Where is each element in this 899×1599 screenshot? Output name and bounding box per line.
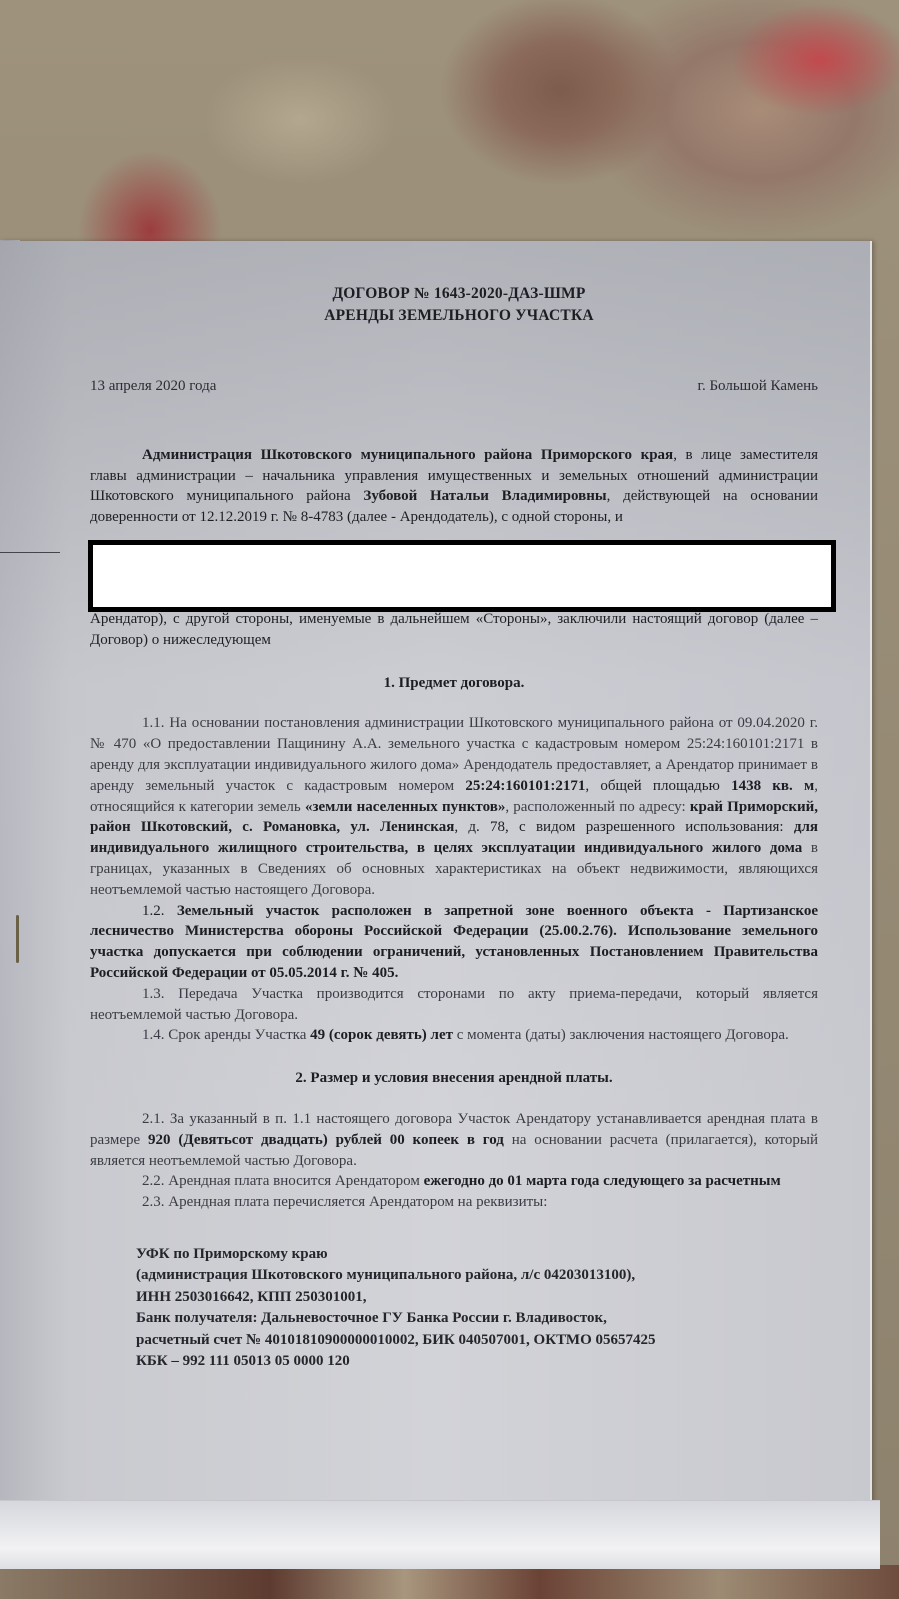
requisite-line: ИНН 2503016642, КПП 250301001, <box>136 1287 818 1309</box>
contract-date: 13 апреля 2020 года <box>90 376 216 397</box>
clause-2-1: 2.1. За указанный в п. 1.1 настоящего до… <box>90 1109 818 1171</box>
clause-2-3: 2.3. Арендная плата перечисляется Аренда… <box>90 1192 818 1213</box>
payment-requisites: УФК по Приморскому краю (администрация Ш… <box>90 1244 818 1373</box>
section-2-heading: 2. Размер и условия внесения арендной пл… <box>90 1068 818 1089</box>
redaction-box <box>88 540 836 612</box>
requisite-line: УФК по Приморскому краю <box>136 1244 818 1266</box>
rent-amount: 920 (Девятьсот двадцать) рублей 00 копее… <box>148 1132 504 1148</box>
underlying-page-rule <box>0 552 60 553</box>
clause-1-1-text-4: , расположенный по адресу: <box>505 799 690 815</box>
military-zone-note: Земельный участок расположен в запретной… <box>90 903 818 981</box>
date-place-line: 13 апреля 2020 года г. Большой Камень <box>90 376 818 397</box>
clause-1-4: 1.4. Срок аренды Участка 49 (сорок девят… <box>90 1025 818 1046</box>
clause-1-4-text-2: с момента (даты) заключения настоящего Д… <box>453 1027 789 1043</box>
title-line-2: АРЕНДЫ ЗЕМЕЛЬНОГО УЧАСТКА <box>100 305 818 327</box>
requisite-line: Банк получателя: Дальневосточное ГУ Банк… <box>136 1308 818 1330</box>
clause-1-1-text-2: , общей площадью <box>585 778 731 794</box>
preamble-conclusion: Арендатор), с другой стороны, именуемые … <box>90 609 818 651</box>
document-title: ДОГОВОР № 1643-2020-ДАЗ-ШМР АРЕНДЫ ЗЕМЕЛ… <box>100 283 818 327</box>
underlying-page-snippet <box>0 430 60 570</box>
requisite-line: КБК – 992 111 05013 05 0000 120 <box>136 1351 818 1373</box>
clause-2-2-text: 2.2. Арендная плата вносится Арендатором <box>142 1173 424 1189</box>
plot-area: 1438 кв. м <box>731 778 814 794</box>
contract-place: г. Большой Камень <box>697 376 818 397</box>
clause-2-2: 2.2. Арендная плата вносится Арендатором… <box>90 1171 818 1192</box>
clause-1-1-text-5: , д. 78, с видом разрешенного использова… <box>454 819 794 835</box>
land-category: «земли населенных пунктов» <box>305 799 505 815</box>
section-1-heading: 1. Предмет договора. <box>90 673 818 694</box>
staple-mark <box>16 915 19 963</box>
clause-1-4-text: 1.4. Срок аренды Участка <box>142 1027 310 1043</box>
requisite-line: (администрация Шкотовского муниципальног… <box>136 1265 818 1287</box>
payment-deadline: ежегодно до 01 марта года следующего за … <box>424 1173 781 1189</box>
plastic-sleeve-edge <box>0 1500 880 1569</box>
representative-name: Зубовой Натальи Владимировны <box>363 488 606 504</box>
clause-1-3: 1.3. Передача Участка производится сторо… <box>90 984 818 1026</box>
cadastral-number: 25:24:160101:2171 <box>465 778 585 794</box>
title-line-1: ДОГОВОР № 1643-2020-ДАЗ-ШМР <box>100 283 818 305</box>
lease-term: 49 (сорок девять) лет <box>310 1027 453 1043</box>
preamble-paragraph: Администрация Шкотовского муниципального… <box>90 445 818 528</box>
clause-1-1: 1.1. На основании постановления админист… <box>90 713 818 900</box>
clause-1-2-number: 1.2. <box>142 903 177 919</box>
clause-1-2: 1.2. Земельный участок расположен в запр… <box>90 901 818 984</box>
party-landlord: Администрация Шкотовского муниципального… <box>142 447 673 463</box>
background-fabric-bottom <box>0 1565 899 1599</box>
requisite-line: расчетный счет № 40101810900000010002, Б… <box>136 1330 818 1352</box>
contract-text: ДОГОВОР № 1643-2020-ДАЗ-ШМР АРЕНДЫ ЗЕМЕЛ… <box>90 283 818 1373</box>
